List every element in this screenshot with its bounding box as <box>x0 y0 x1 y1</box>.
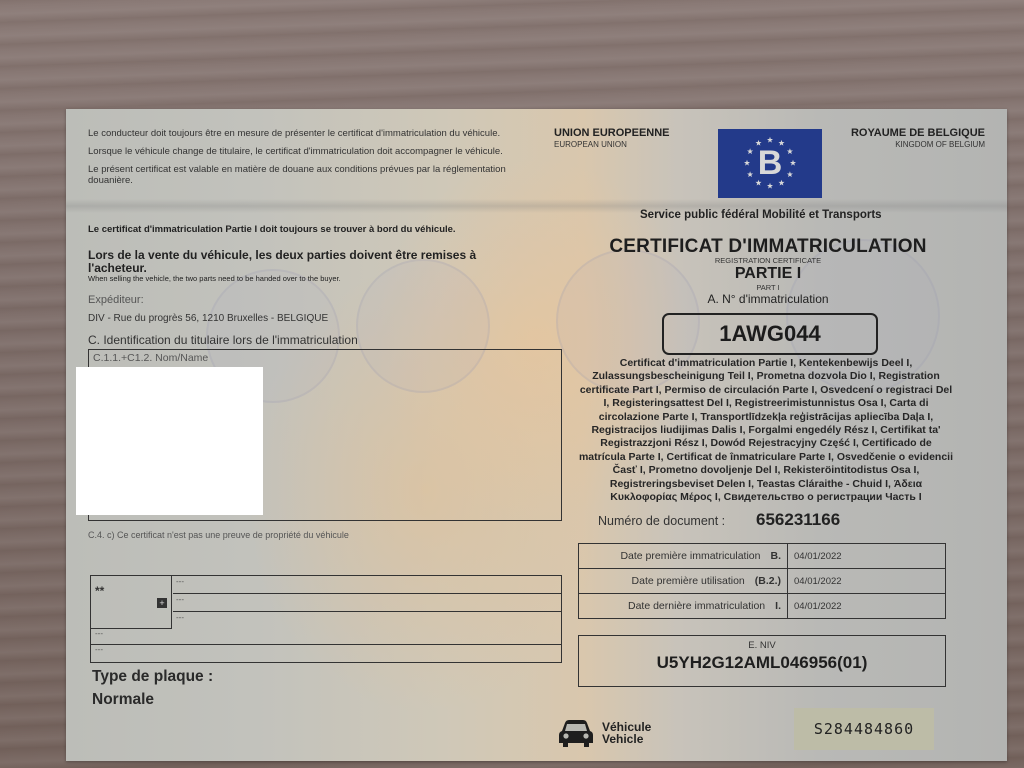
registration-certificate: Le conducteur doit toujours être en mesu… <box>66 109 1007 761</box>
date-value: 04/01/2022 <box>788 544 946 569</box>
kingdom-label: ROYAUME DE BELGIQUE <box>851 127 985 139</box>
registration-number-label: A. N° d'immatriculation <box>598 292 938 306</box>
notice-line: Le conducteur doit toujours être en mesu… <box>88 128 518 139</box>
eu-belgium-flag: B <box>718 129 822 198</box>
document-number: 656231166 <box>756 510 840 530</box>
certificate-part-english: PART I <box>598 283 938 292</box>
holder-name-label: C.1.1.+C1.2. Nom/Name <box>93 352 208 364</box>
driver-notices: Le conducteur doit toujours être en mesu… <box>88 128 518 193</box>
grid-row: --- <box>173 576 561 594</box>
date-row: Date première immatriculationB. 04/01/20… <box>579 544 946 569</box>
issuing-service: Service public fédéral Mobilité et Trans… <box>640 209 882 221</box>
plus-icon: + <box>157 598 167 608</box>
date-code: B. <box>771 550 782 562</box>
document-number-label: Numéro de document : <box>598 514 725 528</box>
car-icon <box>558 719 594 754</box>
sale-notice-english: When selling the vehicle, the two parts … <box>88 274 341 283</box>
grid-row-full: --- <box>91 629 561 645</box>
sender-address: DIV - Rue du progrès 56, 1210 Bruxelles … <box>88 313 328 324</box>
registration-number: 1AWG044 <box>662 313 878 355</box>
date-label: Date première utilisation <box>632 575 745 587</box>
ownership-note: C.4. c) Ce certificat n'est pas une preu… <box>88 530 349 540</box>
grid-code-cell: ** + <box>91 576 172 629</box>
vehicle-label-en: Vehicle <box>602 733 643 745</box>
stars-mark: ** <box>95 584 104 598</box>
kingdom-label-english: KINGDOM OF BELGIUM <box>895 140 985 149</box>
vin-value: U5YH2G12AML046956(01) <box>579 653 945 673</box>
notice-line: Lorsque le véhicule change de titulaire,… <box>88 146 518 157</box>
grid-row: --- <box>173 594 561 612</box>
date-label: Date dernière immatriculation <box>628 600 765 612</box>
eu-label: UNION EUROPEENNE <box>554 127 670 139</box>
grid-row-full: --- <box>91 645 561 660</box>
on-board-notice: Le certificat d'immatriculation Partie I… <box>88 224 518 235</box>
plate-type-label: Type de plaque : <box>92 668 213 686</box>
date-row: Date première utilisation(B.2.) 04/01/20… <box>579 569 946 594</box>
serial-number: S284484860 <box>794 708 934 750</box>
grid-row: --- <box>173 612 561 629</box>
sender-label: Expéditeur: <box>88 294 144 306</box>
eu-label-english: EUROPEAN UNION <box>554 140 627 149</box>
date-code: I. <box>775 600 781 612</box>
date-value: 04/01/2022 <box>788 569 946 594</box>
date-row: Date dernière immatriculationI. 04/01/20… <box>579 594 946 619</box>
notice-line: Le présent certificat est valable en mat… <box>88 164 518 186</box>
address-grid: ** + --- --- --- --- --- <box>90 575 562 663</box>
certificate-title-english: REGISTRATION CERTIFICATE <box>598 256 938 265</box>
vin-box: E. NIV U5YH2G12AML046956(01) <box>578 635 946 687</box>
certificate-title: CERTIFICAT D'IMMATRICULATION <box>598 236 938 258</box>
multilingual-title-list: Certificat d'immatriculation Partie I, K… <box>576 357 956 504</box>
dates-table: Date première immatriculationB. 04/01/20… <box>578 543 946 619</box>
flag-letter: B <box>718 143 822 183</box>
redacted-area <box>76 367 263 515</box>
sale-notice: Lors de la vente du véhicule, les deux p… <box>88 249 528 274</box>
plate-type-value: Normale <box>92 691 154 709</box>
holder-section-label: C. Identification du titulaire lors de l… <box>88 333 358 347</box>
date-label: Date première immatriculation <box>620 550 760 562</box>
vin-label: E. NIV <box>579 640 945 651</box>
certificate-part: PARTIE I <box>598 265 938 283</box>
date-value: 04/01/2022 <box>788 594 946 619</box>
date-code: (B.2.) <box>755 575 781 587</box>
